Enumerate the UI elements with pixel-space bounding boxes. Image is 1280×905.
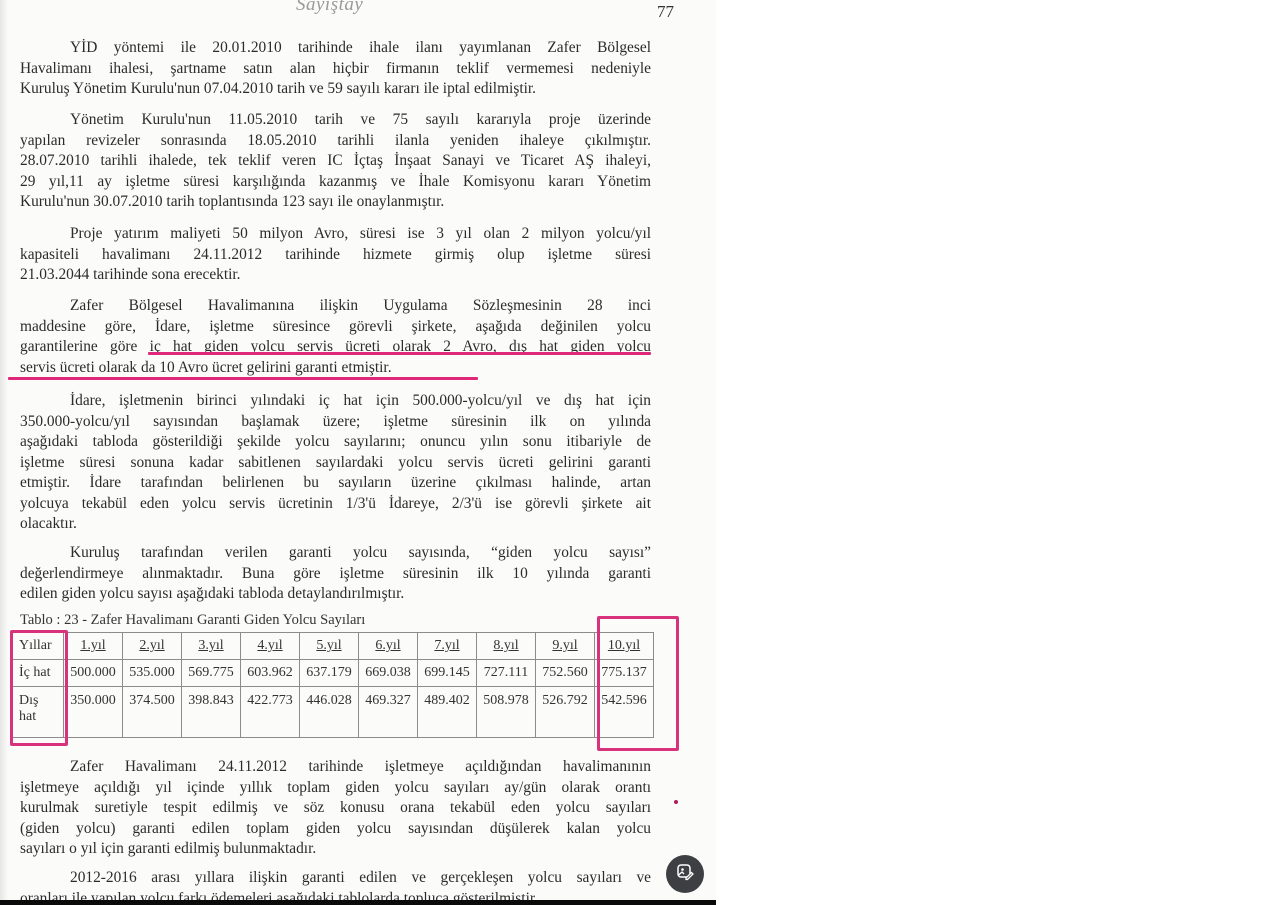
text-line: oranları ile yapılan yolcu farkı ödemele… [20, 889, 651, 901]
text-line: sayıları o yıl için garanti edilmiş bulu… [20, 839, 651, 860]
text-line: (giden yolcu) garanti edilen toplam gide… [20, 819, 651, 840]
header-cell: 5.yıl [300, 633, 359, 660]
table-cell: 508.978 [477, 687, 536, 738]
table-cell: 469.327 [359, 687, 418, 738]
table-cell: 350.000 [64, 687, 123, 738]
text-line: Havalimanı ihalesi, şartname satın alan … [20, 59, 651, 80]
table-cell: 500.000 [64, 660, 123, 687]
text-line: Kurulu'nun 30.07.2010 tarih toplantısınd… [20, 192, 651, 213]
table-cell: 535.000 [123, 660, 182, 687]
text-line: YİD yöntemi ile 20.01.2010 tarihinde iha… [20, 38, 651, 59]
header-cell: 3.yıl [182, 633, 241, 660]
table-cell: 603.962 [241, 660, 300, 687]
text-line: aşağıdaki tabloda gösterildiği şekilde y… [20, 432, 651, 453]
paragraph-board-decision: Yönetim Kurulu'nun 11.05.2010 tarih ve 7… [20, 110, 651, 213]
bottom-bar [0, 900, 716, 905]
table-cell: 637.179 [300, 660, 359, 687]
header-cell: 8.yıl [477, 633, 536, 660]
table-cell: 727.111 [477, 660, 536, 687]
header-cell: 4.yıl [241, 633, 300, 660]
paragraph-passenger-guarantee: İdare, işletmenin birinci yılındaki iç h… [20, 391, 651, 535]
text-line: işletme süresi sonuna kadar sabitlenen s… [20, 453, 651, 474]
paragraph-guarantee-fees: Zafer Bölgesel Havalimanına ilişkin Uygu… [20, 296, 651, 378]
text-line: maddesine göre, İdare, işletme süresince… [20, 317, 651, 338]
text-line: Zafer Bölgesel Havalimanına ilişkin Uygu… [20, 296, 651, 317]
paragraph-project-cost: Proje yatırım maliyeti 50 milyon Avro, s… [20, 224, 651, 286]
table-cell: 446.028 [300, 687, 359, 738]
edit-image-button[interactable] [666, 855, 704, 893]
text-line: kapasiteli havalimanı 24.11.2012 tarihin… [20, 245, 651, 266]
highlight-box-year-10 [597, 616, 679, 751]
text-line: değerlendirmeye alınmaktadır. Buna göre … [20, 564, 651, 585]
table-cell: 669.038 [359, 660, 418, 687]
paragraph-departing-passengers: Kuruluş tarafından verilen garanti yolcu… [20, 543, 651, 605]
text-line: Yönetim Kurulu'nun 11.05.2010 tarih ve 7… [20, 110, 651, 131]
table-cell: 569.775 [182, 660, 241, 687]
guarantee-passenger-table: Yıllar1.yıl2.yıl3.yıl4.yıl5.yıl6.yıl7.yı… [12, 632, 654, 738]
paragraph-opening-year: Zafer Havalimanı 24.11.2012 tarihinde iş… [20, 757, 651, 860]
table-cell: 699.145 [418, 660, 477, 687]
text-line: 21.03.2044 tarihinde sona erecektir. [20, 265, 651, 286]
text-line: işletmeye açıldığı yıl içinde yıllık top… [20, 778, 651, 799]
text-line: yolcuya tekabül eden yolcu servis ücreti… [20, 494, 651, 515]
header-cell: 9.yıl [536, 633, 595, 660]
table-cell: 398.843 [182, 687, 241, 738]
text-line: 350.000-yolcu/yıl sayısından başlamak üz… [20, 412, 651, 433]
text-line: kurulmak suretiyle tespit edilmiş ve söz… [20, 798, 651, 819]
table-header-row: Yıllar1.yıl2.yıl3.yıl4.yıl5.yıl6.yıl7.yı… [13, 633, 654, 660]
page-number: 77 [657, 2, 674, 22]
text-line: Zafer Havalimanı 24.11.2012 tarihinde iş… [20, 757, 651, 778]
header-cell: 6.yıl [359, 633, 418, 660]
table-row: Dış hat350.000374.500398.843422.773446.0… [13, 687, 654, 738]
highlight-underline [8, 377, 478, 380]
text-line: Proje yatırım maliyeti 50 milyon Avro, s… [20, 224, 651, 245]
text-line: yapılan revizeler sonrasında 18.05.2010 … [20, 131, 651, 152]
paragraph-2012-2016: 2012-2016 arası yıllara ilişkin garanti … [20, 868, 651, 900]
table-cell: 752.560 [536, 660, 595, 687]
text-line: 2012-2016 arası yıllara ilişkin garanti … [20, 868, 651, 889]
table-caption: Tablo : 23 - Zafer Havalimanı Garanti Gi… [20, 612, 365, 629]
text-line: olacaktır. [20, 514, 651, 535]
text-line: İdare, işletmenin birinci yılındaki iç h… [20, 391, 651, 412]
text-line: servis ücreti olarak da 10 Avro ücret ge… [20, 358, 651, 379]
scanned-document-page: Sayıştay 77 YİD yöntemi ile 20.01.2010 t… [0, 0, 716, 900]
text-line: edilen giden yolcu sayısı aşağıdaki tabl… [20, 584, 651, 605]
header-cell: 7.yıl [418, 633, 477, 660]
running-head: Sayıştay [296, 0, 363, 16]
table-cell: 422.773 [241, 687, 300, 738]
header-cell: 1.yıl [64, 633, 123, 660]
header-cell: 2.yıl [123, 633, 182, 660]
edit-image-icon [676, 863, 694, 886]
highlight-box-years [10, 630, 68, 746]
table-row: İç hat500.000535.000569.775603.962637.17… [13, 660, 654, 687]
text-line: Kuruluş tarafından verilen garanti yolcu… [20, 543, 651, 564]
text-line: 28.07.2010 tarihli ihalede, tek teklif v… [20, 151, 651, 172]
table-cell: 526.792 [536, 687, 595, 738]
text-line: Kuruluş Yönetim Kurulu'nun 07.04.2010 ta… [20, 79, 651, 100]
table-cell: 374.500 [123, 687, 182, 738]
text-line: 29 yıl,11 ay işletme süresi karşılığında… [20, 172, 651, 193]
highlight-underline [148, 352, 651, 355]
text-line: etmiştir. İdare tarafından belirlenen bu… [20, 473, 651, 494]
table-cell: 489.402 [418, 687, 477, 738]
stray-mark [674, 800, 678, 804]
paragraph-tender-announcement: YİD yöntemi ile 20.01.2010 tarihinde iha… [20, 38, 651, 100]
